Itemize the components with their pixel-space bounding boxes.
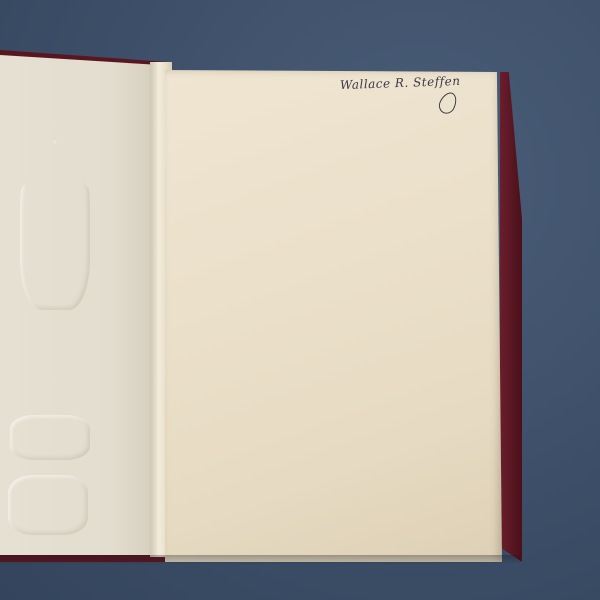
embossed-numerals-bottom (8, 475, 88, 535)
embossed-spire (20, 140, 90, 310)
photo-scene: Wallace R. Steffen (0, 0, 600, 600)
left-endpaper (0, 55, 160, 555)
embossed-numerals-top (10, 415, 90, 460)
right-flyleaf-page (165, 70, 502, 562)
book-shadow (0, 555, 520, 565)
book-cover-right-edge (500, 72, 522, 562)
